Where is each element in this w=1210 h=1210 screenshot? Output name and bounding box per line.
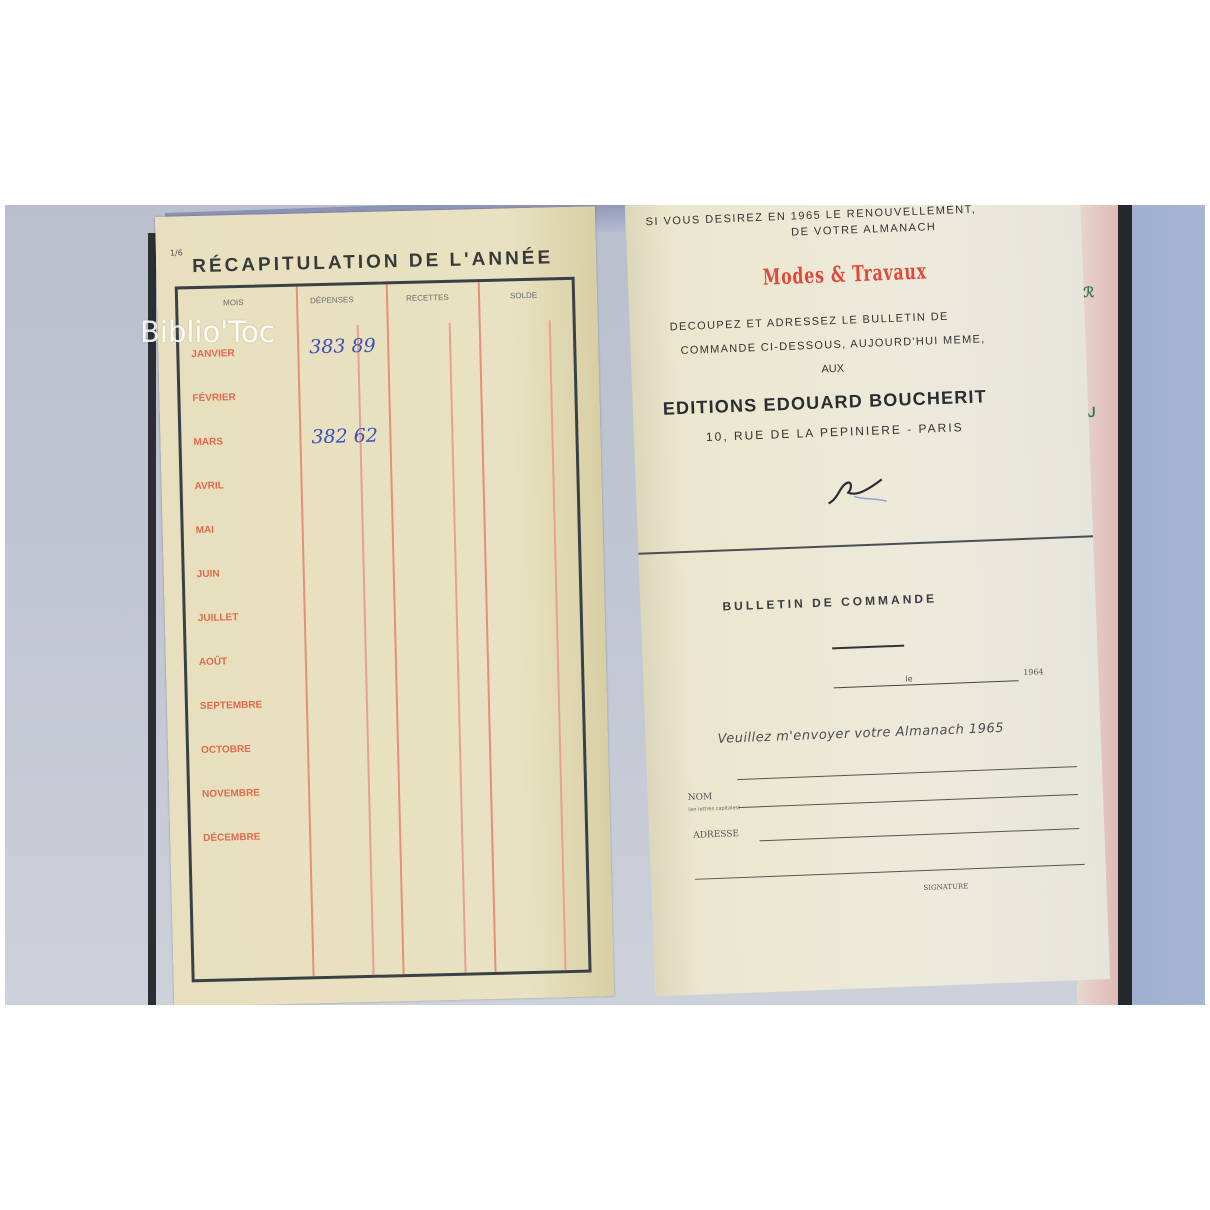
address-field-line-2 [695, 864, 1085, 880]
book-cover-right-edge [1118, 205, 1132, 1005]
cut-line [638, 535, 1093, 554]
page-number: 1/6 [170, 248, 183, 257]
column-divider [386, 284, 404, 974]
signature-label: SIGNATURE [923, 882, 968, 892]
watermark-logo: Biblio'Toc [140, 315, 275, 349]
right-page: SI VOUS DESIREZ EN 1965 LE RENOUVELLEMEN… [625, 205, 1110, 996]
order-request-text: Veuillez m'envoyer votre Almanach 1965 [717, 721, 1004, 747]
form-line [737, 766, 1077, 780]
month-label: MAI [196, 525, 215, 536]
publisher-name: EDITIONS EDOUARD BOUCHERIT [662, 386, 987, 419]
month-label: FÉVRIER [192, 392, 236, 404]
month-label: NOVEMBRE [202, 788, 260, 800]
intro-text: DE VOTRE ALMANACH [791, 221, 937, 239]
divider [832, 645, 904, 650]
column-header-mois: MOIS [223, 298, 244, 307]
address-label: ADRESSE [693, 829, 739, 841]
handwritten-amount: 383 89 [309, 335, 376, 359]
month-label: OCTOBRE [201, 744, 251, 756]
name-sublabel: (en lettres capitales) [688, 805, 740, 813]
instruction-text: COMMANDE CI-DESSOUS, AUJOURD'HUI MEME, [680, 333, 985, 357]
publisher-address: 10, RUE DE LA PEPINIERE - PARIS [706, 420, 964, 444]
cents-divider [549, 320, 566, 970]
column-divider [478, 282, 496, 972]
column-divider [296, 287, 314, 977]
recap-table: MOIS DÉPENSES RECETTES SOLDE JANVIER FÉV… [175, 277, 592, 983]
month-label: AOÛT [199, 656, 228, 668]
column-header-depenses: DÉPENSES [310, 295, 354, 305]
cents-divider [449, 323, 466, 973]
name-label: NOM [688, 792, 713, 803]
background-surface [1132, 205, 1205, 1005]
date-le-label: le [905, 674, 912, 683]
instruction-text: DECOUPEZ ET ADRESSEZ LE BULLETIN DE [670, 311, 950, 334]
brand-logo-text: Modes & Travaux [762, 258, 927, 290]
publisher-logo-icon [826, 475, 897, 508]
month-label: JUILLET [198, 612, 239, 624]
handwritten-amount: 382 62 [311, 425, 378, 449]
instruction-text: AUX [821, 363, 844, 376]
page-title: RÉCAPITULATION DE L'ANNÉE [192, 247, 553, 278]
cents-divider [357, 325, 374, 975]
month-label: AVRIL [194, 480, 224, 492]
endpaper-mark: ℛ [1083, 285, 1094, 301]
month-label: JUIN [197, 569, 220, 581]
month-label: DÉCEMBRE [203, 832, 260, 844]
address-field-line [759, 828, 1079, 841]
month-label: JANVIER [191, 348, 235, 360]
date-year: 1964 [1023, 667, 1044, 677]
column-header-recettes: RECETTES [406, 293, 449, 303]
date-field-line [834, 680, 1019, 688]
month-label: MARS [193, 436, 223, 448]
month-label: SEPTEMBRE [200, 700, 262, 713]
name-field-line [738, 794, 1078, 808]
column-header-solde: SOLDE [510, 291, 537, 301]
order-form-title: BULLETIN DE COMMANDE [722, 591, 937, 613]
